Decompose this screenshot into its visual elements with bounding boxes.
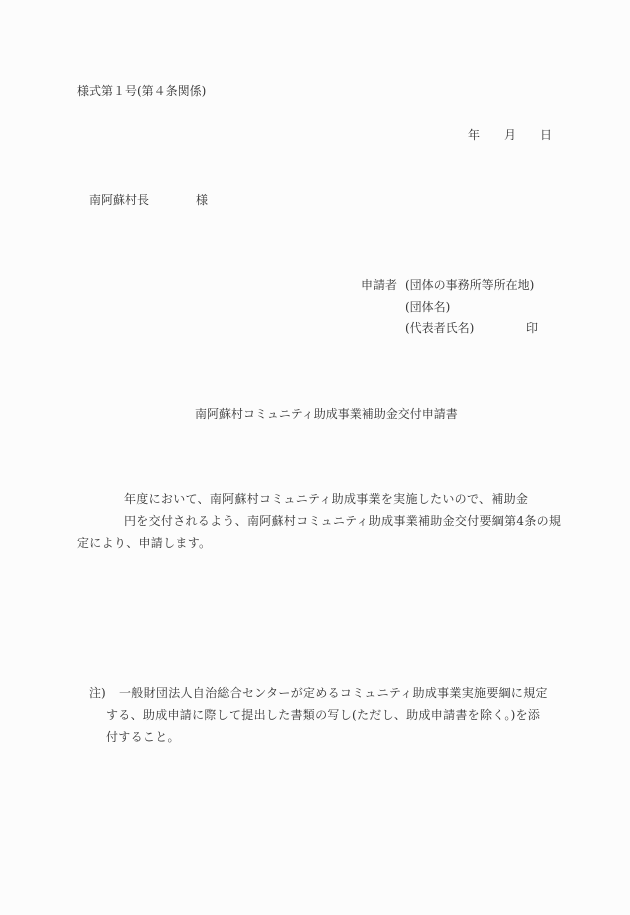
addressee-honorific: 様 [196,194,208,206]
seal-label: 印 [526,322,538,334]
applicant-label: 申請者 [361,279,397,291]
applicant-address-label: (団体の事務所等所在地) [405,279,534,291]
applicant-org-name-label: (団体名) [405,301,450,313]
body-line-3: 定により、申請します。 [77,537,211,549]
document-title: 南阿蘇村コミュニティ助成事業補助金交付申請書 [195,408,458,420]
document-page: 様式第１号(第４条関係) 年 月 日 南阿蘇村長 様 申請者 (団体の事務所等所… [0,0,630,915]
date-day-label: 日 [540,129,552,141]
note-line-3: 付すること。 [106,731,180,743]
note-marker: 注) [89,687,106,699]
date-year-label: 年 [468,129,480,141]
addressee-name: 南阿蘇村長 [89,194,149,206]
note-line-2: する、助成申請に際して提出した書類の写し(ただし、助成申請書を除く。)を添 [106,709,540,721]
body-line-1: 年度において、南阿蘇村コミュニティ助成事業を実施したいので、補助金 [124,493,528,505]
body-line-2: 円を交付されるよう、南阿蘇村コミュニティ助成事業補助金交付要綱第4条の規 [124,515,561,527]
applicant-representative-label: (代表者氏名) [405,322,474,334]
note-line-1: 一般財団法人自治総合センターが定めるコミュニティ助成事業実施要綱に規定 [119,687,548,699]
date-month-label: 月 [504,129,516,141]
form-number: 様式第１号(第４条関係) [77,85,206,97]
